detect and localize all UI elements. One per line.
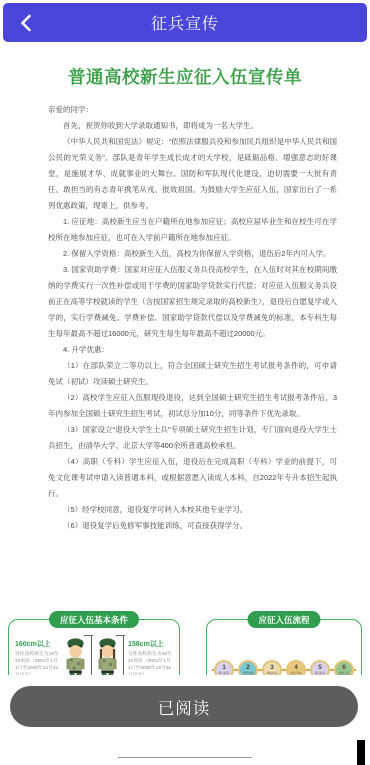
home-indicator <box>118 757 252 759</box>
step-number: 3 <box>270 665 274 671</box>
read-confirm-button[interactable]: 已阅读 <box>10 686 358 727</box>
doc-paragraph: （4）高职（专科）学生应征入伍，退役后在完成高职（专科）学业的前提下，可免文化课… <box>48 454 337 502</box>
step-number: 5 <box>318 665 322 671</box>
app-screen: 征兵宣传 普通高校新生应征入伍宣传单 亲爱的同学： 首先，祝贺你收到大学录取通知… <box>0 0 370 765</box>
bottom-bar: 已阅读 <box>0 675 370 765</box>
doc-paragraph: （5）经学校同意，退役复学可转入本校其他专业学习。 <box>48 502 337 518</box>
salutation: 亲爱的同学： <box>48 102 337 118</box>
doc-paragraph: 4. 升学优惠： <box>48 342 337 358</box>
paragraph-list: 首先，祝贺你收到大学录取通知书，即将成为一名大学生。《中华人民共和国宪法》规定：… <box>48 118 337 534</box>
step-number: 4 <box>294 665 298 671</box>
document-title: 普通高校新生应征入伍宣传单 <box>10 64 360 89</box>
doc-paragraph: 1. 应征地：高校新生应当在户籍所在地参加应征；高校应届毕业生和在校生可在学校所… <box>48 214 337 246</box>
process-badge: 应征入伍流程 <box>247 611 320 628</box>
doc-paragraph: 3. 国家资助学费：国家对应征入伍服义务兵役高校学生，在入伍时对其在校期间缴纳的… <box>48 262 337 342</box>
female-spec: 158cm以上 女性高校新生为18至22周岁（2001年1月1日至2005年12… <box>126 635 175 679</box>
step-number: 1 <box>222 665 226 671</box>
doc-paragraph: （6）退役复学后免修军事技能训练，可直接获得学分。 <box>48 518 337 534</box>
doc-paragraph: （2）高校学生应征入伍服现役退役，达到全国硕士研究生招生考试报考条件后，3年内参… <box>48 390 337 422</box>
doc-paragraph: （1）在部队荣立二等功以上，符合全国硕士研究生招生考试报考条件的，可申请免试（初… <box>48 358 337 390</box>
doc-paragraph: 首先，祝贺你收到大学录取通知书，即将成为一名大学生。 <box>48 118 337 134</box>
doc-paragraph: 2. 保留入学资格：高校新生入伍，高校为你保留入学资格，退伍后2年内可入学。 <box>48 246 337 262</box>
chevron-left-icon <box>20 14 32 32</box>
female-height-label: 158cm以上 <box>128 639 173 649</box>
male-height-label: 160cm以上 <box>15 639 60 649</box>
back-button[interactable] <box>9 3 43 42</box>
step-number: 2 <box>246 665 250 671</box>
step-number: 6 <box>342 665 346 671</box>
male-spec: 160cm以上 男性高校新生为18至22周岁（2001年1月1日至2005年12… <box>13 635 62 679</box>
document-area[interactable]: 普通高校新生应征入伍宣传单 亲爱的同学： 首先，祝贺你收到大学录取通知书，即将成… <box>0 42 370 765</box>
doc-paragraph: （3）国家设立“退役大学生士兵”专项硕士研究生招生计划，专门面向退役大学生士兵招… <box>48 422 337 454</box>
conditions-badge: 应征入伍基本条件 <box>49 611 139 628</box>
doc-paragraph: 《中华人民共和国宪法》规定：“依照法律服兵役和参加民兵组织是中华人民共和国公民的… <box>48 134 337 214</box>
document-body: 亲爱的同学： 首先，祝贺你收到大学录取通知书，即将成为一名大学生。《中华人民共和… <box>48 102 337 534</box>
scrollbar-thumb[interactable] <box>357 740 365 765</box>
page-title: 征兵宣传 <box>151 11 219 34</box>
navbar: 征兵宣传 <box>3 3 367 42</box>
